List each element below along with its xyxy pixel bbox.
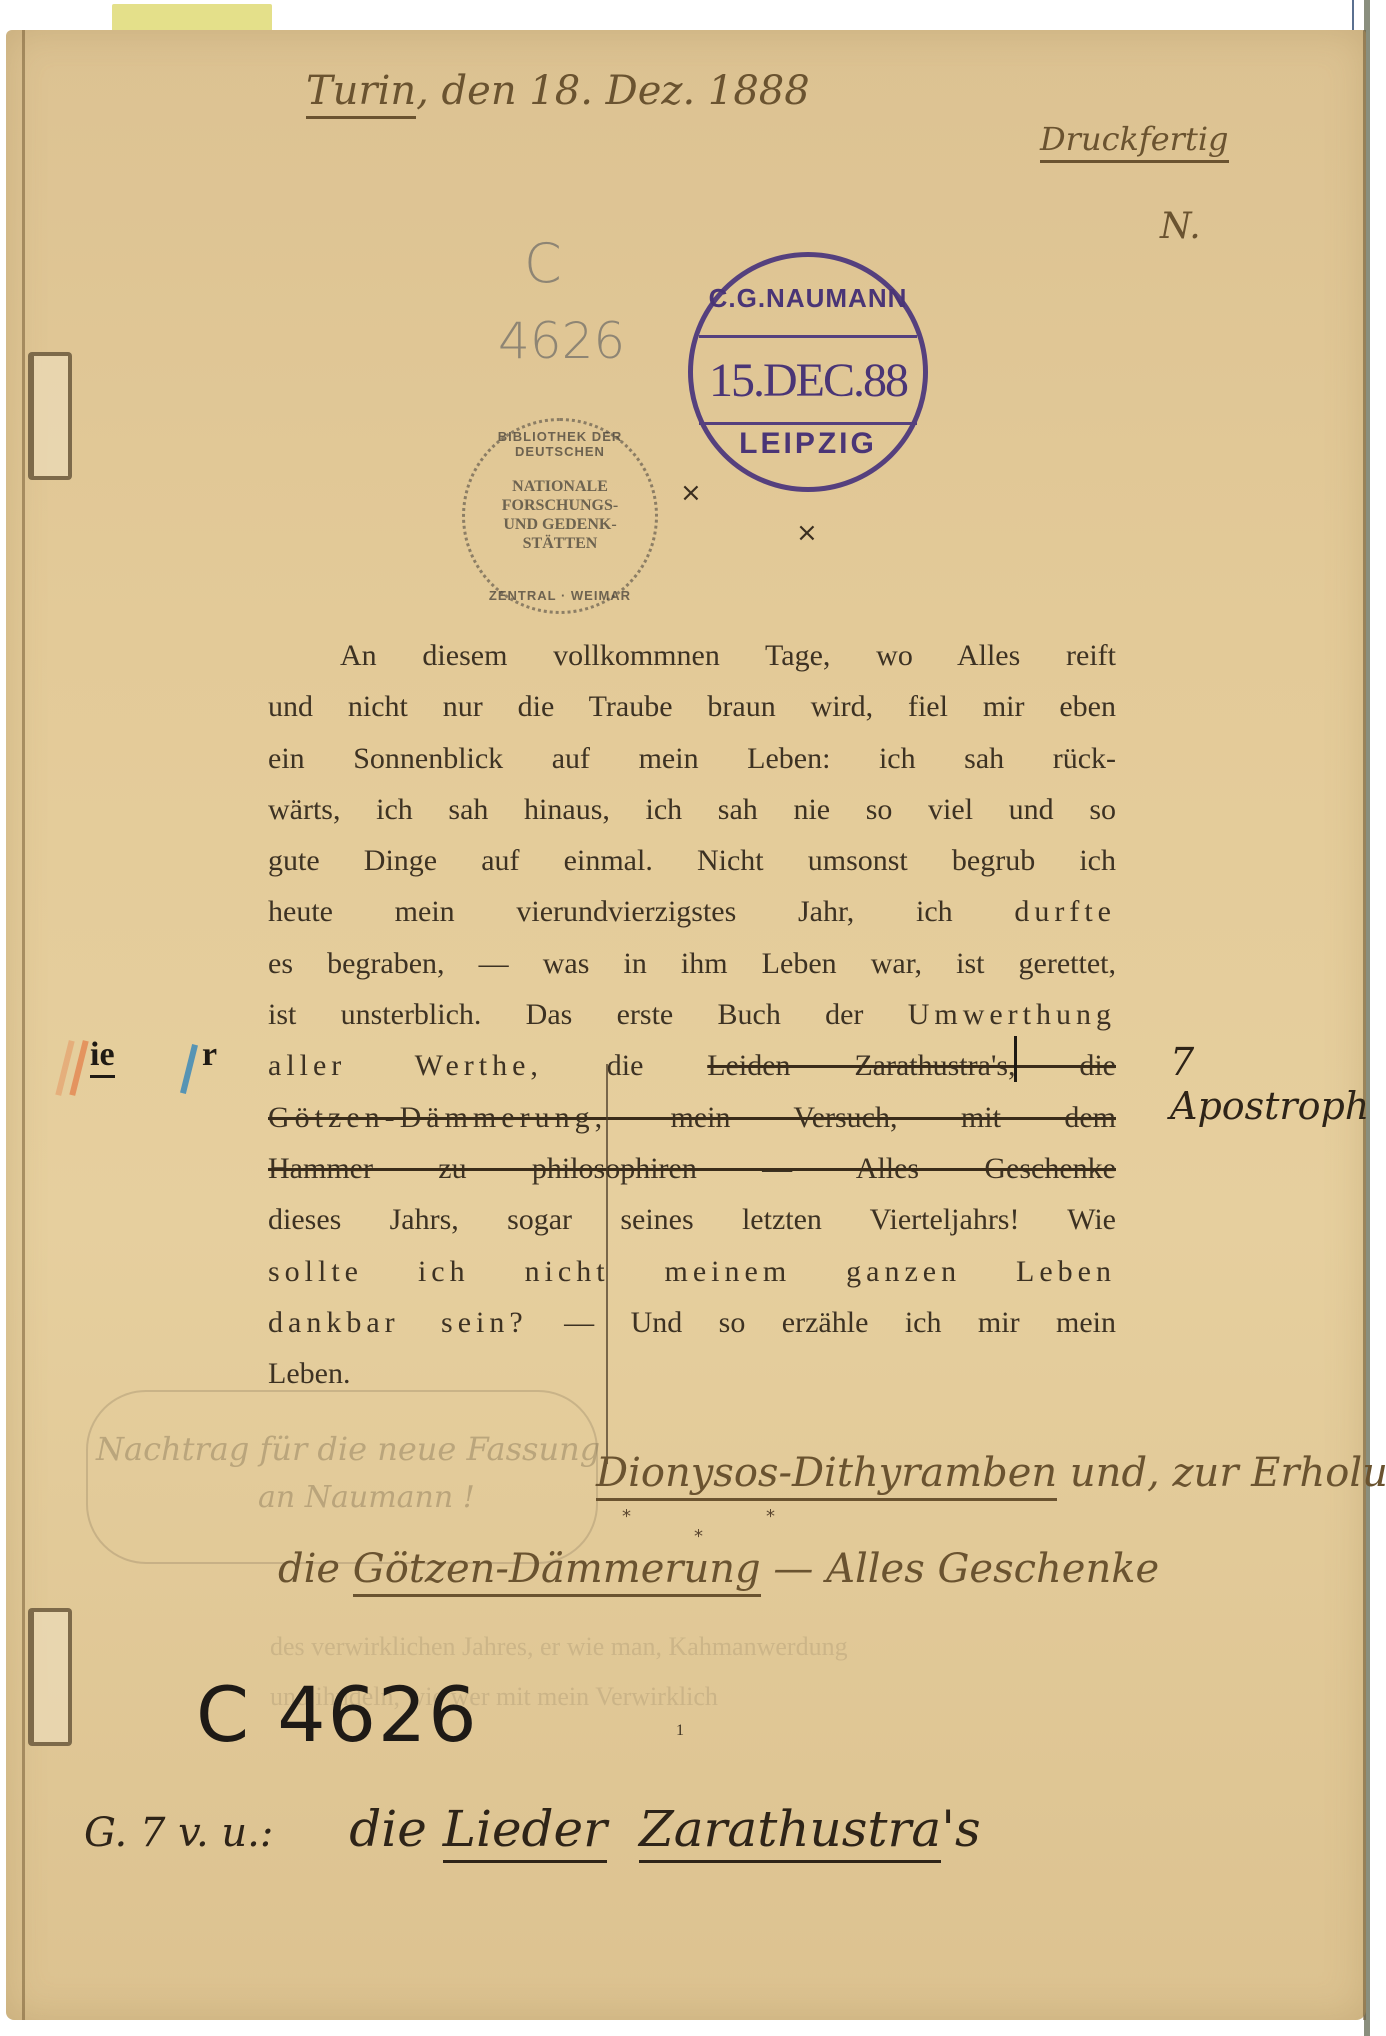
library-stamp-line-4: STÄTTEN [465, 534, 655, 553]
text-spaced: durfte [1014, 895, 1116, 928]
naumann-receipt-stamp: C.G.NAUMANN 15.DEC.88 LEIPZIG [688, 252, 928, 492]
library-stamp-ring-bottom: ZENTRAL · WEIMAR [465, 588, 655, 603]
text-plain: — Und so erzähle ich mir mein [528, 1306, 1116, 1339]
struck-text: Leiden Zarathustra's, die [707, 1049, 1116, 1082]
text-spaced: aller Werthe, [268, 1049, 543, 1082]
zarathustra-text: Zarathustra [639, 1800, 941, 1863]
apostrophe-insert-mark [1014, 1036, 1017, 1082]
bottom-correction-note: G. 7 v. u.: die Lieder Zarathustra's [84, 1800, 981, 1858]
library-stamp-ring-top: BIBLIOTHEK DER DEUTSCHEN [465, 429, 655, 459]
bottom-note-article: die [349, 1800, 427, 1858]
stamp-date: 15.DEC.88 [693, 353, 923, 408]
insertion-guide-line [606, 1064, 608, 1464]
faint-pencil-box [86, 1390, 598, 1564]
text-line-10: Götzen-Dämmerung, mein Versuch, mit dem [268, 1092, 1116, 1143]
text-line-1: An diesem vollkommnen Tage, wo Alles rei… [268, 630, 1116, 681]
printed-paragraph: An diesem vollkommnen Tage, wo Alles rei… [268, 630, 1116, 1399]
header-date-note: Turin, den 18. Dez. 1888 [306, 68, 810, 114]
scan-edge-line [1352, 0, 1354, 34]
star-mark-3: * [766, 1506, 775, 1527]
apostroph-margin-note: 7 Apostroph [1170, 1040, 1386, 1128]
pencil-shelfmark-number: 4626 [498, 312, 625, 370]
star-mark-2: * [694, 1526, 703, 1547]
binding-staple-top [28, 352, 72, 480]
margin-correction-ie: ie [90, 1036, 115, 1074]
library-stamp-line-1: NATIONALE [465, 477, 655, 496]
text-line-9: aller Werthe, die Leiden Zarathustra's, … [268, 1040, 1116, 1091]
struck-text: Hammer zu philosophiren — Alles Geschenk… [268, 1152, 1116, 1185]
faint-pencil-note-line-2: an Naumann ! [258, 1480, 475, 1515]
header-date-rest: , den 18. Dez. 1888 [416, 68, 810, 114]
margin-correction-r: r [202, 1036, 217, 1074]
druckfertig-note: Druckfertig [1040, 120, 1229, 158]
text-spaced: Umwerthung [908, 998, 1116, 1031]
text-line-13: sollte ich nicht meinem ganzen Leben [268, 1246, 1116, 1297]
text-line-14: dankbar sein? — Und so erzähle ich mir m… [268, 1297, 1116, 1348]
library-stamp-line-3: UND GEDENK- [465, 515, 655, 534]
cross-mark-2: × [796, 518, 818, 548]
bottom-note-reference: G. 7 v. u.: [84, 1810, 273, 1856]
library-stamp-line-2: FORSCHUNGS- [465, 496, 655, 515]
text-line-7: es begraben, — was in ihm Leben war, ist… [268, 938, 1116, 989]
header-date-place: Turin [306, 68, 416, 119]
text-plain: ist unsterblich. Das erste Buch der [268, 998, 908, 1031]
text-line-5: gute Dinge auf einmal. Nicht umsonst beg… [268, 835, 1116, 886]
possessive-suffix: 's [941, 1800, 980, 1858]
text-spaced: dankbar sein? [268, 1306, 528, 1339]
cross-mark-1: × [680, 478, 702, 508]
page-number: 1 [676, 1722, 684, 1740]
bleed-through-line-1: des verwirklichen Jahres, er wie man, Ka… [270, 1632, 848, 1662]
stamp-publisher-name: C.G.NAUMANN [693, 283, 923, 314]
druckfertig-text: Druckfertig [1040, 120, 1229, 163]
text-line-8: ist unsterblich. Das erste Buch der Umwe… [268, 989, 1116, 1040]
yellow-tab-flag [112, 4, 272, 32]
text-line-12: dieses Jahrs, sogar seines letzten Viert… [268, 1194, 1116, 1245]
insertion-line-1: Dionysos-Dithyramben und, zur Erholung, [596, 1450, 1386, 1496]
struck-text: mein Versuch, mit dem [607, 1101, 1116, 1134]
text-line-11: Hammer zu philosophiren — Alles Geschenk… [268, 1143, 1116, 1194]
correction-ie-text: ie [90, 1036, 115, 1078]
library-call-number: C 4626 [196, 1670, 479, 1759]
insertion-line-2-prefix: die [278, 1546, 340, 1592]
stamp-city: LEIPZIG [693, 427, 923, 461]
insertion-line-2-rest: — Alles Geschenke [773, 1546, 1159, 1592]
insertion-line-1-rest: und, zur Erholung, [1070, 1450, 1386, 1496]
initial-mark: N. [1160, 206, 1201, 247]
faint-pencil-note-line-1: Nachtrag für die neue Fassung [96, 1430, 600, 1468]
text-line-4: wärts, ich sah hinaus, ich sah nie so vi… [268, 784, 1116, 835]
library-ownership-stamp: BIBLIOTHEK DER DEUTSCHEN NATIONALE FORSC… [462, 418, 658, 614]
insertion-line-2: die Götzen-Dämmerung — Alles Geschenke [278, 1546, 1159, 1592]
text-line-6: heute mein vierundvierzigstes Jahr, ich … [268, 886, 1116, 937]
lieder-text: Lieder [443, 1800, 607, 1863]
text-plain: die [543, 1049, 707, 1082]
text-line-3: ein Sonnenblick auf mein Leben: ich sah … [268, 733, 1116, 784]
text-line-2: und nicht nur die Traube braun wird, fie… [268, 681, 1116, 732]
goetzen-daemmerung-text: Götzen-Dämmerung [353, 1546, 761, 1597]
struck-text-spaced: Götzen-Dämmerung, [268, 1101, 607, 1134]
text-plain: heute mein vierundvierzigstes Jahr, ich [268, 895, 1014, 928]
dionysos-dithyramben-text: Dionysos-Dithyramben [596, 1450, 1057, 1501]
pencil-shelfmark-letter: C [524, 232, 562, 295]
star-mark-1: * [622, 1506, 631, 1527]
binding-staple-bottom [28, 1608, 72, 1746]
library-stamp-center: NATIONALE FORSCHUNGS- UND GEDENK- STÄTTE… [465, 477, 655, 553]
